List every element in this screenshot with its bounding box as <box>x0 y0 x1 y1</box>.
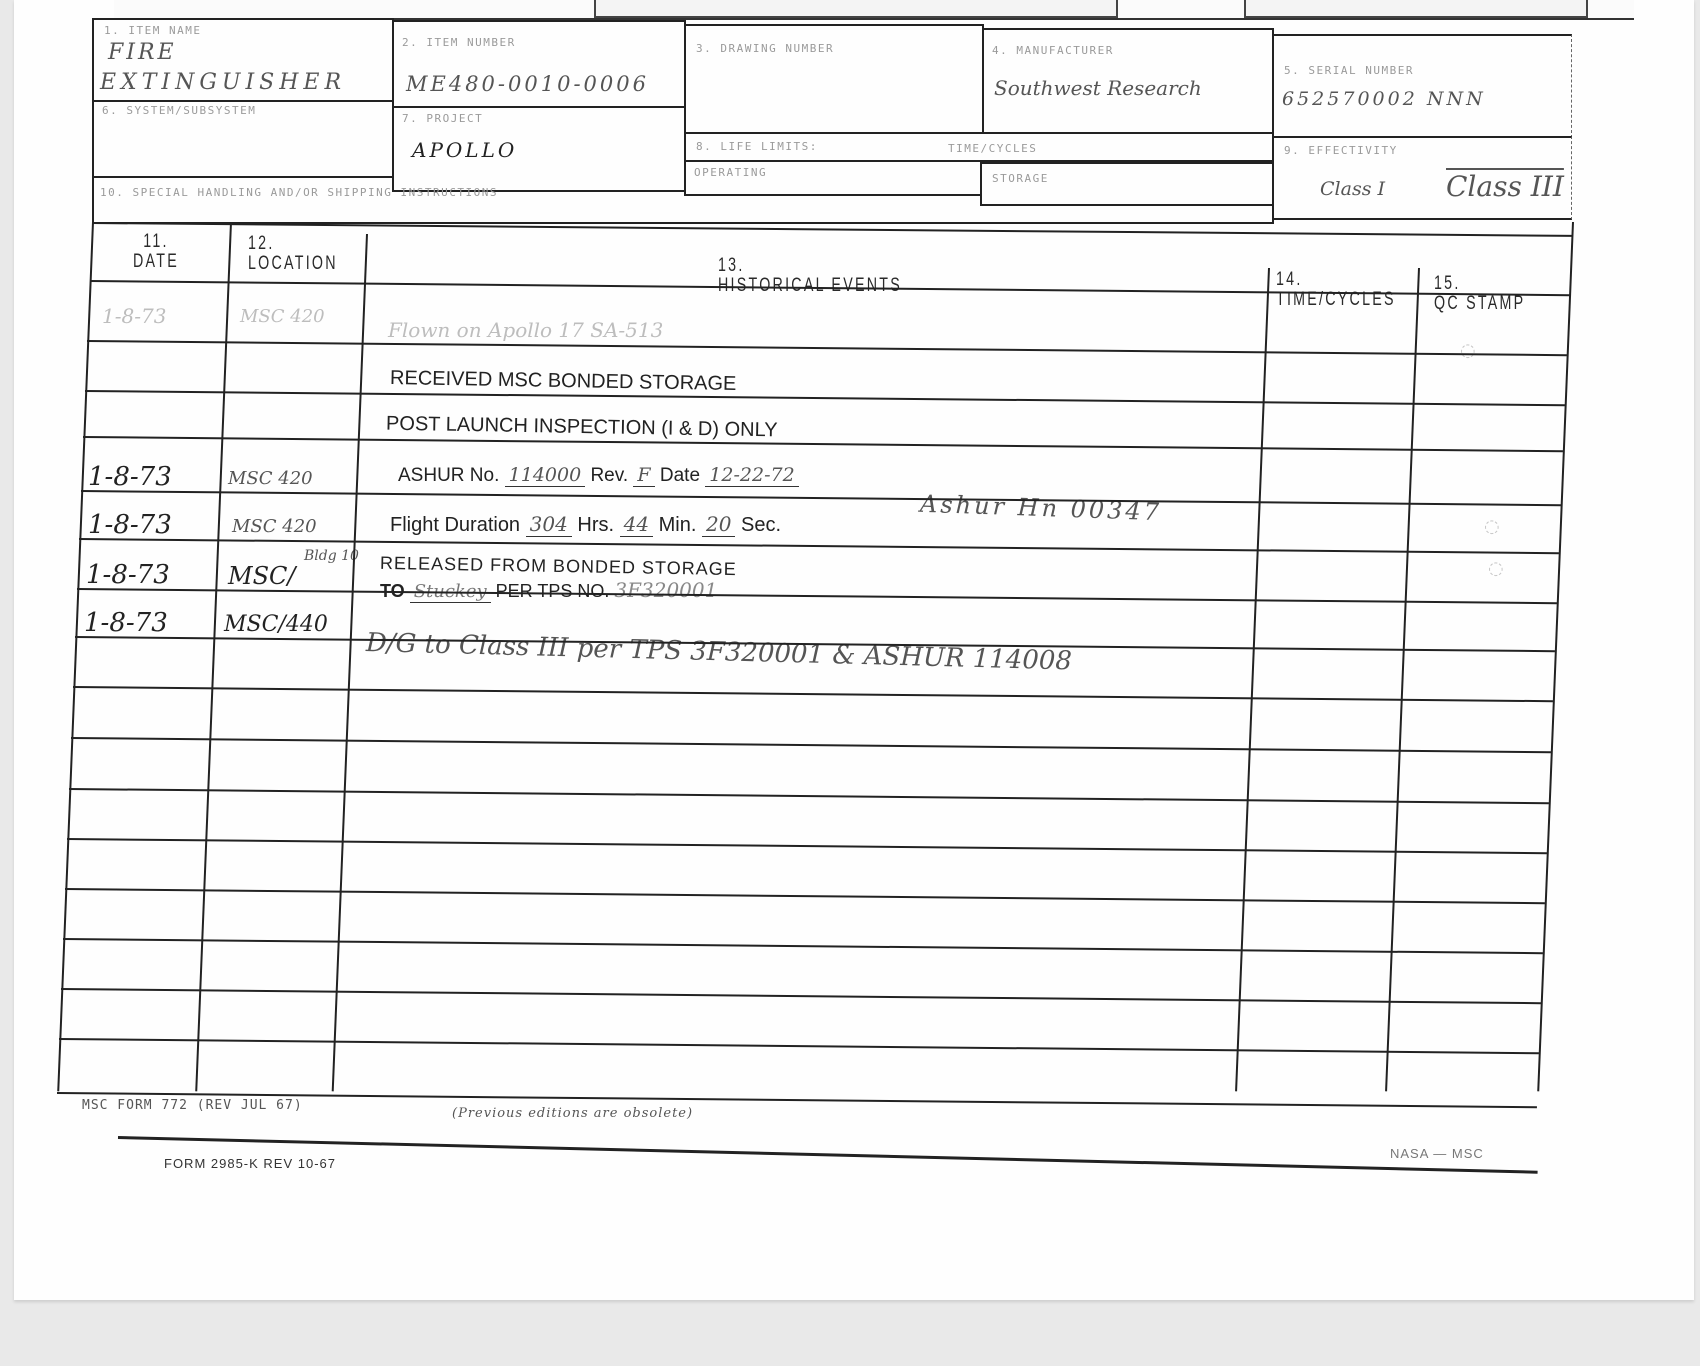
row-7-event: D/G to Class III per TPS 3F320001 & ASHU… <box>366 628 1073 676</box>
ashur-label: ASHUR No. <box>398 465 499 486</box>
col-label: DATE <box>126 252 186 272</box>
col-num: 11. <box>126 232 186 252</box>
form-sheet: 1. ITEM NAME FIRE EXTINGUISHER 2. ITEM N… <box>14 0 1694 1300</box>
flight-hrs: 304 <box>526 512 572 537</box>
time-cycles-label: TIME/CYCLES <box>948 142 1037 155</box>
tps-no: 3F320001 <box>614 578 717 602</box>
grid-row-line <box>77 588 1557 604</box>
col-header-time-cycles: 14. TIME/CYCLES <box>1276 270 1426 310</box>
project-value: APOLLO <box>412 138 517 162</box>
life-limits-label: 8. LIFE LIMITS: <box>696 140 818 153</box>
grid-row-line <box>63 938 1543 954</box>
serial-number-label: 5. SERIAL NUMBER <box>1284 64 1414 77</box>
item-name-cell: 1. ITEM NAME FIRE EXTINGUISHER <box>92 18 394 102</box>
manufacturer-value: Southwest Research <box>994 76 1202 100</box>
grid-col-line <box>57 222 94 1091</box>
grid-col-line <box>1537 222 1574 1091</box>
col-num: 15. <box>1434 274 1584 294</box>
grid-row-line <box>69 788 1549 804</box>
life-limits-cell: 8. LIFE LIMITS: TIME/CYCLES <box>684 132 1274 162</box>
item-name-label: 1. ITEM NAME <box>104 24 201 37</box>
row-7-location: MSC/440 <box>224 612 328 637</box>
grid-row-line <box>61 988 1541 1004</box>
effectivity-cell: 9. EFFECTIVITY Class I Class III <box>1272 136 1572 220</box>
qc-stamp-3: ◌ <box>1488 558 1504 579</box>
grid-col-line <box>1385 268 1420 1091</box>
agency-label: NASA — MSC <box>1390 1146 1484 1161</box>
special-handling-label: 10. SPECIAL HANDLING AND/OR SHIPPING INS… <box>100 186 498 199</box>
drawing-number-label: 3. DRAWING NUMBER <box>696 42 834 55</box>
ashur-note: Ashur Hn 00347 <box>920 490 1163 526</box>
top-tab <box>1244 0 1588 18</box>
released-line: RELEASED FROM BONDED STORAGE <box>380 553 737 580</box>
row-2-event: RECEIVED MSC BONDED STORAGE <box>390 367 737 396</box>
item-number-label: 2. ITEM NUMBER <box>402 36 516 49</box>
manufacturer-cell: 4. MANUFACTURER Southwest Research <box>982 28 1274 134</box>
form-id: MSC FORM 772 (REV JUL 67) <box>82 1098 303 1113</box>
col-header-events: 13. HISTORICAL EVENTS <box>718 256 958 296</box>
flight-sec: 20 <box>702 512 735 537</box>
col-header-location: 12. LOCATION <box>248 234 353 274</box>
hrs-label: Hrs. <box>577 514 614 536</box>
grid-col-line <box>195 222 232 1091</box>
form-2985: FORM 2985-K REV 10-67 <box>164 1156 336 1171</box>
grid-row-line <box>73 686 1553 702</box>
drawing-number-cell: 3. DRAWING NUMBER <box>684 24 984 134</box>
system-subsystem-cell: 6. SYSTEM/SUBSYSTEM <box>92 100 394 178</box>
col-label: QC STAMP <box>1434 294 1584 314</box>
grid-row-line <box>87 340 1567 356</box>
item-number-cell: 2. ITEM NUMBER ME480-0010-0006 <box>392 20 686 108</box>
item-name-value: FIRE <box>108 40 177 65</box>
obsolete-note: (Previous editions are obsolete) <box>452 1106 693 1121</box>
grid-row-line <box>67 838 1547 854</box>
row-4-location: MSC 420 <box>228 468 313 489</box>
top-tab <box>594 0 1118 18</box>
flight-duration-line: Flight Duration 304 Hrs. 44 Min. 20 Sec. <box>390 512 781 537</box>
ashur-date: 12-22-72 <box>705 464 798 487</box>
row-1-location: MSC 420 <box>240 306 325 327</box>
grid-row-line <box>83 436 1563 452</box>
row-5-location: MSC 420 <box>232 516 317 537</box>
col-header-date: 11. DATE <box>126 232 186 272</box>
effectivity-value: Class III <box>1446 170 1564 203</box>
grid-row-line <box>79 538 1559 554</box>
rev-value: F <box>633 464 654 487</box>
sec-label: Sec. <box>741 514 781 536</box>
ashur-date-label: Date <box>660 465 700 486</box>
grid-row-line <box>85 390 1565 406</box>
grid-row-line <box>81 490 1561 506</box>
ashur-no: 114000 <box>505 464 586 487</box>
effectivity-label: 9. EFFECTIVITY <box>1284 144 1398 157</box>
row-6-location-sup: Bldg 10 <box>304 548 359 564</box>
serial-number-value: 652570002 NNN <box>1282 88 1486 110</box>
manufacturer-label: 4. MANUFACTURER <box>992 44 1114 57</box>
special-handling-cell: 10. SPECIAL HANDLING AND/OR SHIPPING INS… <box>92 176 1274 224</box>
flight-min: 44 <box>620 512 653 537</box>
col-num: 13. <box>718 256 958 276</box>
item-name-value-2: EXTINGUISHER <box>100 70 346 95</box>
grid-row-line <box>59 1038 1539 1054</box>
serial-number-cell: 5. SERIAL NUMBER 652570002 NNN <box>1272 34 1572 138</box>
project-label: 7. PROJECT <box>402 112 483 125</box>
ashur-line: ASHUR No. 114000 Rev. F Date 12-22-72 <box>398 464 799 487</box>
col-num: 14. <box>1276 270 1426 290</box>
col-label: LOCATION <box>248 254 353 274</box>
qc-stamp-2: ◌ <box>1484 516 1500 537</box>
col-num: 12. <box>248 234 353 254</box>
min-label: Min. <box>659 514 697 536</box>
grid-col-line <box>331 234 367 1091</box>
flight-duration-label: Flight Duration <box>390 514 520 536</box>
row-5-date: 1-8-73 <box>88 510 172 540</box>
per-tps-label: PER TPS NO. <box>496 581 610 601</box>
row-3-event: POST LAUNCH INSPECTION (I & D) ONLY <box>386 413 778 443</box>
grid-row-line <box>71 737 1551 753</box>
qc-stamp-1: ◌ <box>1460 340 1476 361</box>
grid-col-line <box>1235 268 1270 1091</box>
row-7-date: 1-8-73 <box>84 608 168 638</box>
row-6-location: MSC/ <box>228 562 295 590</box>
grid-row-line <box>65 888 1545 904</box>
rev-label: Rev. <box>590 465 628 486</box>
row-1-date: 1-8-73 <box>102 304 166 328</box>
row-6-date: 1-8-73 <box>86 560 170 590</box>
top-strip <box>114 0 1634 20</box>
row-1-event: Flown on Apollo 17 SA-513 <box>388 318 663 342</box>
system-subsystem-label: 6. SYSTEM/SUBSYSTEM <box>102 104 256 117</box>
item-number-value: ME480-0010-0006 <box>406 72 649 96</box>
row-4-date: 1-8-73 <box>88 462 172 492</box>
effectivity-old-value: Class I <box>1320 178 1385 200</box>
